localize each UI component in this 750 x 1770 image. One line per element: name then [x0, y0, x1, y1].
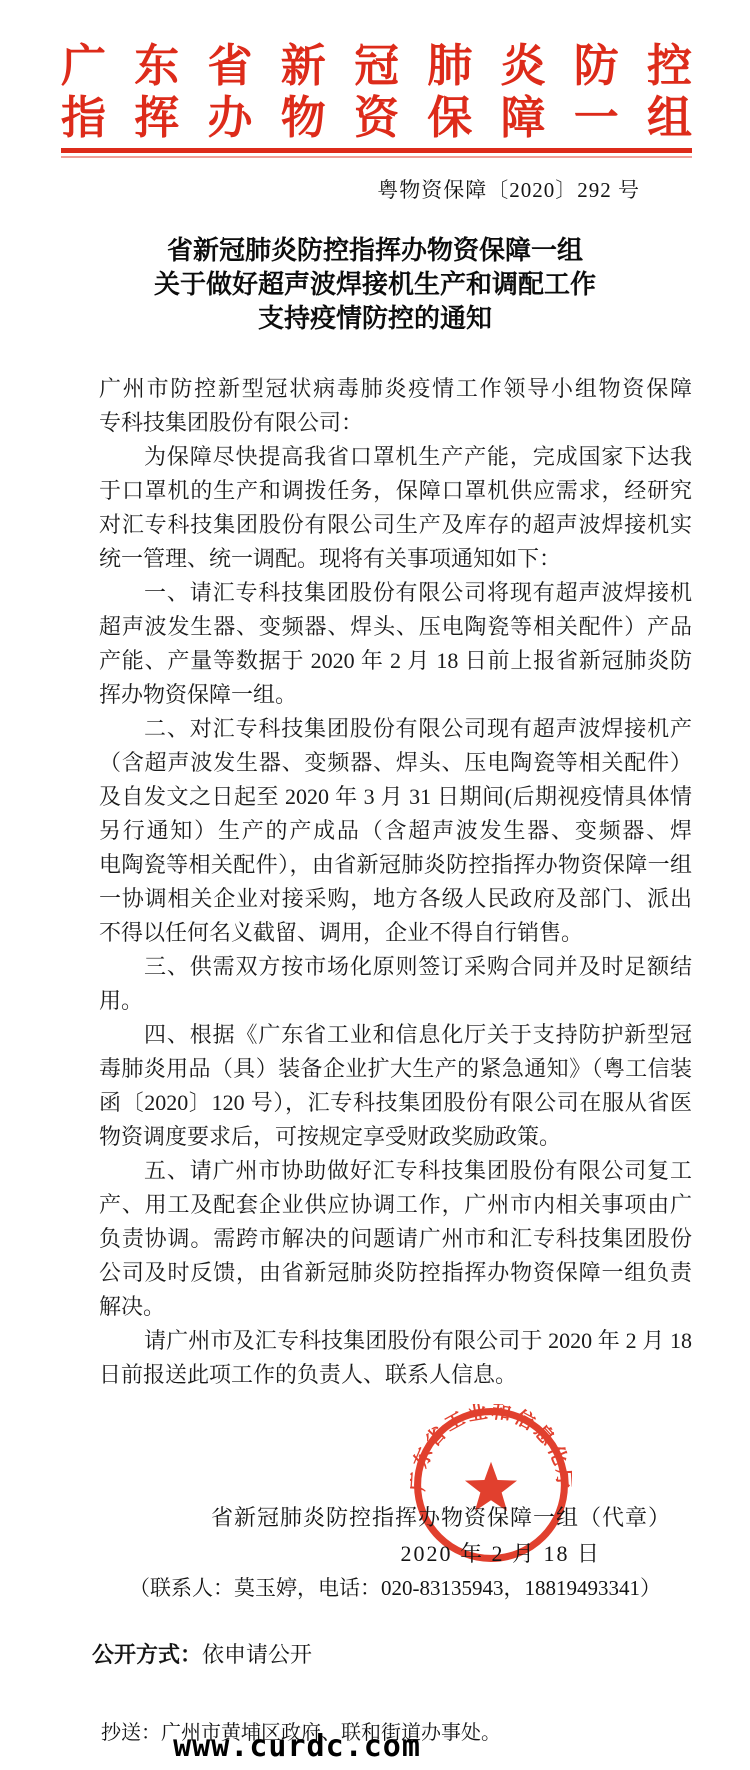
signoff-unit: 省新冠肺炎防控指挥办物资保障一组（代章） [211, 1501, 671, 1532]
body-line: 为保障尽快提高我省口罩机生产产能，完成国家下达我省关 [99, 440, 692, 474]
publicity-value: 依申请公开 [202, 1642, 312, 1667]
letterhead: 广东省新冠肺炎防控 指挥办物资保障一组 [61, 40, 692, 144]
body-line: 公司及时反馈，由省新冠肺炎防控指挥办物资保障一组负责协调 [99, 1256, 692, 1290]
body-line: 及自发文之日起至 2020 年 3 月 31 日期间(后期视疫情具体情况 [99, 780, 692, 814]
letterhead-line-1: 广东省新冠肺炎防控 [61, 40, 692, 92]
body-line: 超声波发生器、变频器、焊头、压电陶瓷等相关配件）产品库存、 [99, 610, 692, 644]
body-line: 五、请广州市协助做好汇专科技集团股份有限公司复工复 [99, 1154, 692, 1188]
letterhead-line-2: 指挥办物资保障一组 [61, 92, 692, 144]
body-line: 请广州市及汇专科技集团股份有限公司于 2020 年 2 月 18 [99, 1324, 692, 1358]
letterhead-rule-shadow [61, 156, 692, 158]
body-line: （含超声波发生器、变频器、焊头、压电陶瓷等相关配件）库存 [99, 746, 692, 780]
document-number: 粤物资保障〔2020〕292 号 [0, 174, 640, 204]
body-line: 另行通知）生产的产成品（含超声波发生器、变频器、焊头、压 [99, 814, 692, 848]
body-line: 三、供需双方按市场化原则签订采购合同并及时足额结算费 [99, 950, 692, 984]
notice-title-line-1: 省新冠肺炎防控指挥办物资保障一组 [0, 234, 750, 268]
body-line: 用。 [99, 984, 692, 1018]
notice-title: 省新冠肺炎防控指挥办物资保障一组 关于做好超声波焊接机生产和调配工作 支持疫情防… [0, 234, 750, 336]
body-line: 不得以任何名义截留、调用，企业不得自行销售。 [99, 916, 692, 950]
body-line: 物资调度要求后，可按规定享受财政奖励政策。 [99, 1120, 692, 1154]
body-line: 产能、产量等数据于 2020 年 2 月 18 日前上报省新冠肺炎防控指 [99, 644, 692, 678]
notice-title-line-3: 支持疫情防控的通知 [0, 302, 750, 336]
letterhead-rule [61, 148, 692, 153]
body-line: 挥办物资保障一组。 [99, 678, 692, 712]
notice-title-line-2: 关于做好超声波焊接机生产和调配工作 [0, 268, 750, 302]
body-line: 广州市防控新型冠状病毒肺炎疫情工作领导小组物资保障组，汇 [99, 372, 692, 406]
body-line: 负责协调。需跨市解决的问题请广州市和汇专科技集团股份有限 [99, 1222, 692, 1256]
body-line: 毒肺炎用品（具）装备企业扩大生产的紧急通知》（粤工信装备 [99, 1052, 692, 1086]
site-watermark: www.curdc.com [0, 1729, 594, 1764]
contact-line: （联系人：莫玉婷，电话：020-83135943，18819493341） [129, 1572, 661, 1602]
body-line: 一协调相关企业对接采购，地方各级人民政府及部门、派出机构 [99, 882, 692, 916]
body-line: 统一管理、统一调配。现将有关事项通知如下： [99, 542, 692, 576]
body-line: 日前报送此项工作的负责人、联系人信息。 [99, 1358, 692, 1392]
body-line: 二、对汇专科技集团股份有限公司现有超声波焊接机产品 [99, 712, 692, 746]
document-page: 广东省新冠肺炎防控 指挥办物资保障一组 粤物资保障〔2020〕292 号 省新冠… [0, 0, 750, 1770]
body-line: 一、请汇专科技集团股份有限公司将现有超声波焊接机（含 [99, 576, 692, 610]
body-line: 四、根据《广东省工业和信息化厅关于支持防护新型冠状病 [99, 1018, 692, 1052]
body-line: 产、用工及配套企业供应协调工作，广州市内相关事项由广州市 [99, 1188, 692, 1222]
body-line: 于口罩机的生产和调拨任务，保障口罩机供应需求，经研究决定， [99, 474, 692, 508]
body-line: 解决。 [99, 1290, 692, 1324]
body-line: 函〔2020〕120 号），汇专科技集团股份有限公司在服从省医疗 [99, 1086, 692, 1120]
signoff-date: 2020 年 2 月 18 日 [400, 1537, 601, 1568]
body-line: 专科技集团股份有限公司： [99, 406, 692, 440]
publicity-line: 公开方式：依申请公开 [92, 1638, 312, 1669]
notice-body: 广州市防控新型冠状病毒肺炎疫情工作领导小组物资保障组，汇专科技集团股份有限公司：… [99, 372, 692, 1392]
body-line: 电陶瓷等相关配件），由省新冠肺炎防控指挥办物资保障一组统 [99, 848, 692, 882]
body-line: 对汇专科技集团股份有限公司生产及库存的超声波焊接机实行 [99, 508, 692, 542]
publicity-label: 公开方式： [92, 1642, 202, 1667]
